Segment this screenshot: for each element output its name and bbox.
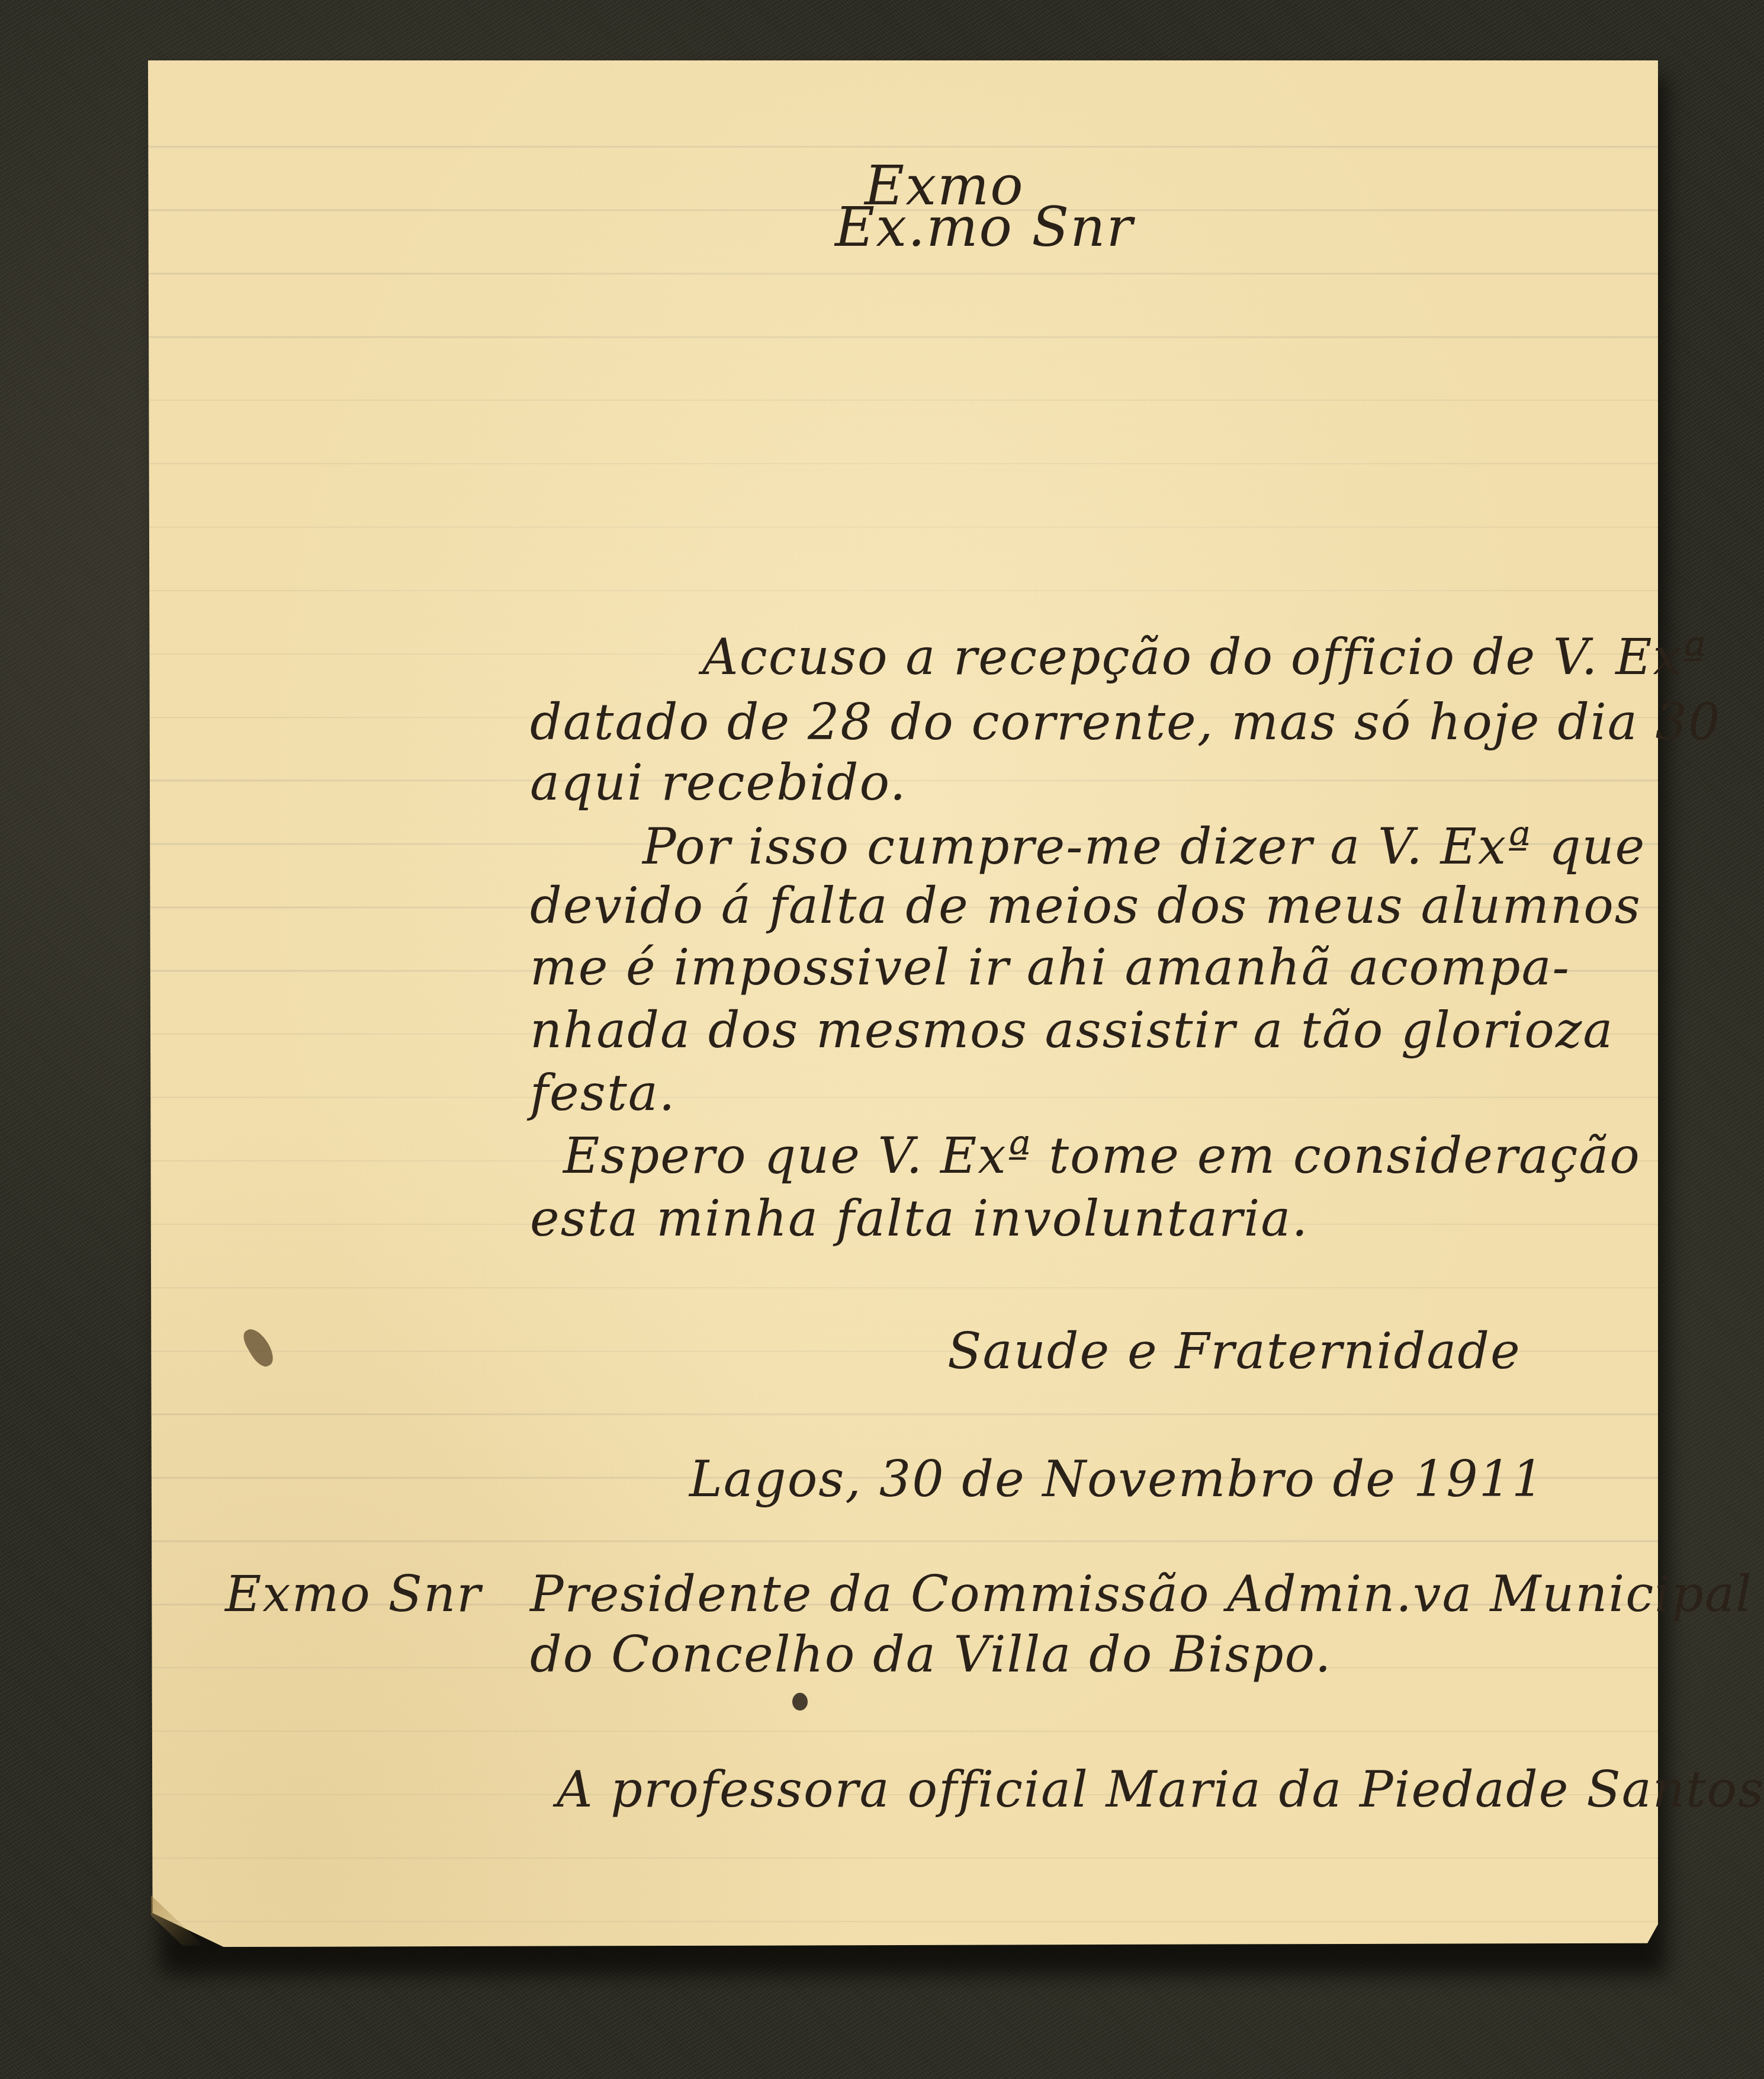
body-line-2: datado de 28 do corrente, mas só hoje di… [530,693,1721,751]
body-line-10: esta minha falta involuntaria. [530,1189,1309,1247]
salutation-line-2: Ex.mo Snr [835,195,1133,259]
ink-blot [792,1693,808,1711]
body-line-7: nhada dos mesmos assistir a tão glorioza [530,1001,1614,1059]
place-date: Lagos, 30 de Novembro de 1911 [689,1450,1545,1508]
body-line-9: Espero que V. Exª tome em consideração [563,1127,1641,1185]
addressee-line-1: Presidente da Commissão Admin.va Municip… [530,1565,1753,1623]
body-line-8: festa. [530,1064,676,1122]
closing: Saude e Fraternidade [947,1322,1521,1380]
body-line-1: Accuso a recepção do officio de V. Exª [702,628,1707,686]
body-line-6: me é impossivel ir ahi amanhã acompa- [530,938,1570,996]
body-line-4: Por isso cumpre-me dizer a V. Exª que [642,817,1646,875]
body-line-5: devido á falta de meios dos meus alumnos [530,877,1641,935]
signature: A professora official Maria da Piedade S… [557,1760,1764,1818]
addressee-title: Exmo Snr [225,1565,481,1623]
body-line-3: aqui recebido. [530,753,907,811]
addressee-line-2: do Concelho da Villa do Bispo. [530,1625,1332,1683]
